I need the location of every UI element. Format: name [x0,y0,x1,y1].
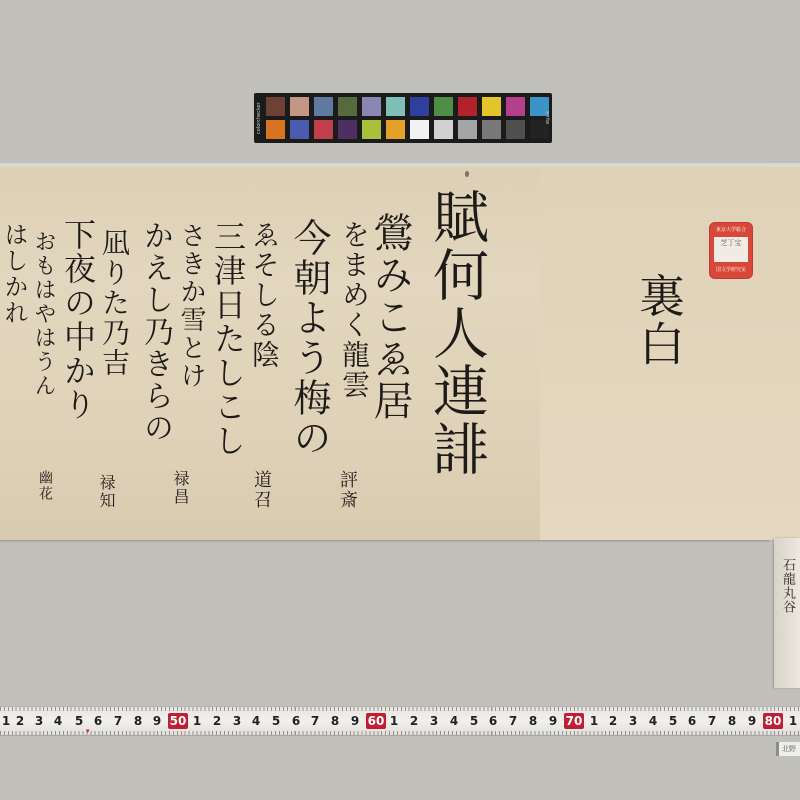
color-swatch [410,97,429,116]
color-swatch [290,97,309,116]
ruler-label: 6 [289,713,303,729]
calligraphy-column-col3_note: 評斎 [338,470,356,510]
ruler-label: 7 [308,713,322,729]
calligraphy-column-col7: さきか雪とけ [178,222,204,390]
color-swatch [506,97,525,116]
calligraphy-column-col11: おもはやはうん [32,230,54,398]
ruler-label: 3 [230,713,244,729]
ruler-label: 9 [150,713,164,729]
ruler-label: 7 [506,713,520,729]
ruler-label: 8 [526,713,540,729]
color-swatch [506,120,525,139]
ruler-label: 9 [348,713,362,729]
color-checker-brand: colorchecker [256,99,265,137]
measuring-tape: 1234567895012345678960123456789701234567… [0,706,800,736]
color-swatch [338,97,357,116]
ruler-label: 1 [387,713,401,729]
color-swatch [482,97,501,116]
ruler-major-label: 70 [564,713,584,729]
calligraphy-column-col12: はしかれ [2,222,26,326]
calligraphy-column-col4: 今朝よう梅の [290,218,328,458]
ruler-label: 6 [486,713,500,729]
ruler-major-label: 80 [763,713,783,729]
color-swatch [482,120,501,139]
color-swatch [410,120,429,139]
ruler-label: 2 [210,713,224,729]
ruler-label: 2 [13,713,27,729]
seal-top-text: 東京大学総合 [714,226,748,235]
ruler-label: 1 [786,713,800,729]
color-swatch [314,120,333,139]
calligraphy-column-col3: をまめく龍雲 [340,220,368,400]
ruler-label: 7 [705,713,719,729]
attached-paper-slip: 石龍丸谷 [774,538,800,688]
ruler-label: 6 [91,713,105,729]
color-swatch [314,97,333,116]
calligraphy-column-header: 裏白 [636,272,682,368]
ruler-label: 1 [190,713,204,729]
ruler-major-label: 60 [366,713,386,729]
calligraphy-column-col2: 鶯みこゑ居 [370,212,410,422]
ruler-label: 5 [72,713,86,729]
color-swatch [338,120,357,139]
ruler-label: 8 [131,713,145,729]
color-swatch [266,97,285,116]
calligraphy-column-col9: 凪りた乃吉 [100,228,128,378]
color-checker-swatches [266,97,549,139]
calligraphy-column-col9_note: 禄知 [98,474,114,510]
calligraphy-column-col11_note: 幽花 [38,470,52,502]
calligraphy-column-col5: ゑそしる陰 [250,220,278,370]
calligraphy-column-col8: かえし乃きらの [140,220,170,444]
ruler-label: 3 [32,713,46,729]
ruler-label: 2 [407,713,421,729]
ruler-label: 4 [51,713,65,729]
seal-bottom-text: 国文学研究室 [714,266,748,275]
color-swatch [434,97,453,116]
color-swatch [458,120,477,139]
color-swatch [290,120,309,139]
calligraphy-column-col1: 賦何人連誹 [428,188,484,478]
ruler-label: 2 [606,713,620,729]
color-swatch [386,120,405,139]
color-swatch [386,97,405,116]
ruler-label: 5 [269,713,283,729]
ruler-label: 3 [626,713,640,729]
ruler-marker-icon: ▾ [86,727,90,735]
calligraphy-column-col6: 三津日たしこし [212,220,244,458]
ruler-label: 5 [467,713,481,729]
collection-seal-label: 東京大学総合 芝丁宝 国文学研究室 [710,223,752,278]
ruler-label: 6 [685,713,699,729]
paper-spot [465,171,469,177]
calligraphy-column-col7_note: 禄昌 [172,470,188,506]
ruler-label: 1 [0,713,13,729]
ruler-label: 8 [725,713,739,729]
seal-mid-text: 芝丁宝 [714,237,748,249]
ruler-label: 8 [328,713,342,729]
ruler-label: 4 [646,713,660,729]
color-swatch [362,97,381,116]
color-swatch [458,97,477,116]
calligraphy-column-col5_note: 道召 [252,470,270,510]
ruler-label: 7 [111,713,125,729]
color-swatch [362,120,381,139]
corner-label: 北野 [776,742,800,756]
ruler-label: 4 [447,713,461,729]
ruler-major-label: 50 [168,713,188,729]
ruler-label: 1 [587,713,601,729]
ruler-label: 9 [745,713,759,729]
ruler-label: 4 [249,713,263,729]
ruler-label: 9 [546,713,560,729]
ruler-label: 5 [666,713,680,729]
color-swatch [434,120,453,139]
seal-middle-box: 芝丁宝 [714,237,748,262]
xrite-logo: x-rite [542,103,550,133]
ruler-numbers: 1234567895012345678960123456789701234567… [0,713,800,729]
calligraphy-column-col10: 下夜の中かり [62,218,94,422]
color-checker-card: colorchecker x-rite [254,93,552,143]
color-swatch [266,120,285,139]
ruler-label: 3 [427,713,441,729]
slip-text: 石龍丸谷 [778,558,797,614]
